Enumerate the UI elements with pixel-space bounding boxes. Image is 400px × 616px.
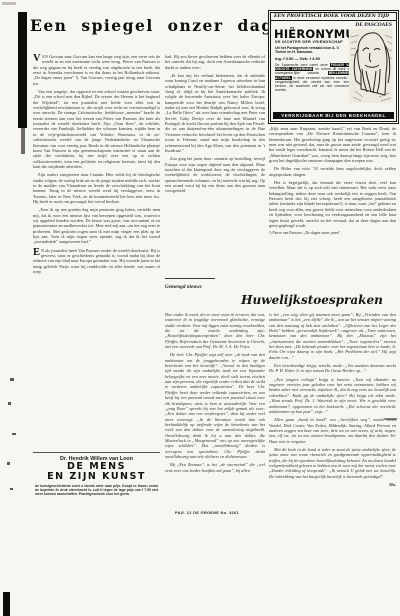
paragraph: Zijn ouders emigreeren naar Canada. Hier…: [33, 172, 160, 204]
ad-blurb: De Spaansche pers roemt deze FIGUUR VAN …: [275, 63, 353, 92]
page-footer: PAG. 12 DE GROENE No. 3261: [175, 510, 239, 515]
film-edge-artifact-faint: [21, 128, 25, 154]
ad-kicker: EEN PROFETISCH BOEK VOOR DEZEN TIJD: [271, 14, 396, 21]
paragraph: Met dit boek in de hand is ieder in staa…: [269, 447, 396, 479]
huwelijk-column-left: Hoe ouder ik word, des te meer moet ik e…: [165, 312, 265, 510]
section-title: Huwelijkstoespraken: [228, 293, 396, 309]
paragraph: Hoe ouder ik word, des te meer moet ik e…: [165, 312, 265, 349]
ad-price: Ing. f 3.90 — Geb. f 4.90: [275, 56, 351, 61]
scan-speck: [10, 378, 14, 381]
scan-speck: [7, 462, 10, 465]
footnote: ¹) Pierre van Paassen: „De dagen onzer j…: [269, 231, 396, 236]
paragraph: is het „een weg, dien gij tezamen moet g…: [269, 312, 396, 360]
film-edge-artifact: [18, 12, 27, 128]
section-rule: [165, 278, 215, 279]
paragraph: Bij „Een Zeeman”, is het „de stormwind” …: [165, 462, 265, 473]
drop-cap: E: [33, 248, 41, 257]
scan-smudge-top: [2, 2, 16, 5]
paragraph: Het is begrijpelijk, dat iemand die verr…: [269, 180, 396, 228]
paragraph: „Toen ik op een goeden dag mijn pensioen…: [33, 207, 160, 244]
scan-speck: [10, 488, 13, 490]
huwelijk-column-right: is het „een weg, dien gij tezamen moet g…: [269, 312, 396, 506]
ad-translators: Uit het Portugeesch vertaald door A. V. …: [275, 46, 351, 55]
ad-book-subtitle: DE DICHTER DER VRIENDSCHAP: [275, 40, 343, 44]
article-column-3: „Kijk eens naar Rasputin, zonder baard,”…: [269, 126, 396, 286]
drop-cap: V: [33, 54, 42, 63]
section-rubric: Gemengd nieuws: [165, 284, 265, 290]
paragraph: Een letterkundige krijgt, terecht, mede:…: [269, 363, 396, 374]
scan-speck: [12, 433, 16, 435]
paragraph: Zoo ging het jaren door: sensatie op bes…: [165, 156, 265, 193]
newspaper-page: Een spiegel onzer dagen VAN Gorcum naar …: [0, 0, 400, 616]
paragraph: „Een jongere collega” krijgt te hooren: …: [269, 377, 396, 414]
paragraph: „Kijk eens naar Rasputin, zonder baard,”…: [269, 126, 396, 163]
film-edge-artifact-bottom: [3, 592, 10, 616]
article-column-1: VAN Gorcum naar Gorcum kan een lange weg…: [33, 54, 160, 450]
ad-book-title-line2: EN ZIJN KUNST: [33, 472, 160, 482]
page-title: Een spiegel onzer dagen: [30, 16, 268, 36]
book-ad-hieronymus: EEN PROFETISCH BOEK VOOR DEZEN TIJD DE P…: [268, 10, 399, 124]
ad-availability-bar: VERKRIJGBAAR BIJ DEN BOEKHANDEL: [273, 112, 394, 119]
paragraph: Van een jongetje, dat opgroeit in een sc…: [33, 89, 160, 169]
ad-body-text: de kunstgeschiedenis voert u steeds weer…: [33, 484, 160, 497]
book-ad-van-loon: Dr. Hendrik Willem van Loon DE MENS EN Z…: [33, 452, 160, 502]
scan-speck: [8, 402, 11, 405]
monk-portrait-woodcut-icon: [349, 29, 393, 103]
article-column-2: had. Hij zou liever geschreven hebben ov…: [165, 54, 265, 278]
paragraph: EN als journalist heeft Van Paassen verd…: [33, 248, 160, 275]
paragraph: De Hitler van vóór ’33 vertelde hem onge…: [269, 166, 396, 177]
ad-border: EEN PROFETISCH BOEK VOOR DEZEN TIJD DE P…: [270, 12, 397, 122]
author-initials: Ma.: [269, 482, 396, 487]
paragraph: Allen gaan „hand in hand” een „heerlijke…: [269, 417, 396, 444]
paragraph: De heer Chr. Pfeiffer zegt zelf over „de…: [165, 352, 265, 459]
paragraph: VAN Gorcum naar Gorcum kan een lange weg…: [33, 54, 160, 86]
paragraph: „Ik kan mij het verhaal herinneren, dat …: [165, 73, 265, 153]
paragraph: had. Hij zou liever geschreven hebben ov…: [165, 54, 265, 70]
